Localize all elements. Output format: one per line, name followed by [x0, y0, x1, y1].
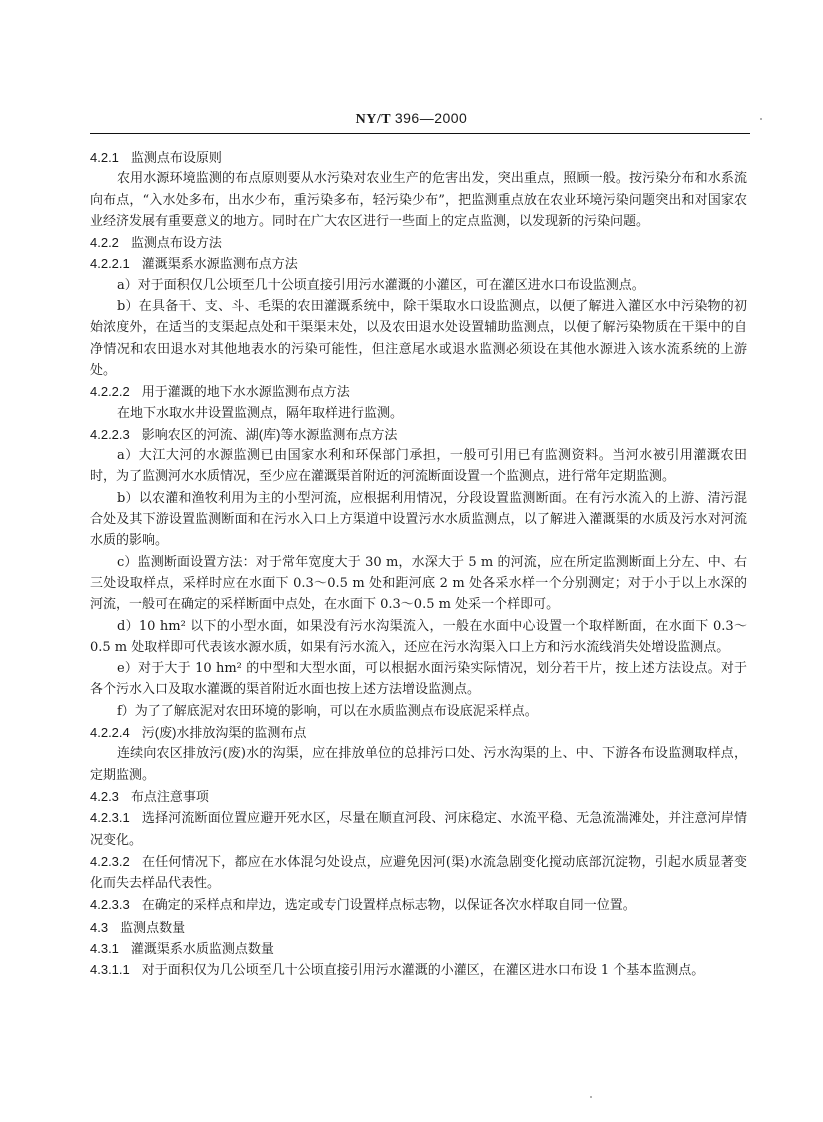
clause: 4.2.3.3在确定的采样点和岸边，选定或专门设置样点标志物，以保证各次水样取自… — [90, 894, 747, 916]
section-heading: 4.2.3布点注意事项 — [90, 786, 747, 807]
paragraph: b）在具备干、支、斗、毛渠的农田灌溉系统中，除干渠取水口设监测点，以便了解进入灌… — [90, 296, 747, 381]
section-heading: 4.2.1监测点布设原则 — [90, 147, 747, 168]
section-heading: 4.3.1灌溉渠系水质监测点数量 — [90, 938, 747, 959]
section-heading: 4.2.2监测点布设方法 — [90, 232, 747, 253]
section-heading: 4.2.2.1灌溉渠系水源监测布点方法 — [90, 253, 747, 274]
document-body: 4.2.1监测点布设原则 农用水源环境监测的布点原则要从水污染对农业生产的危害出… — [90, 147, 747, 982]
section-heading: 4.2.2.3影响农区的河流、湖(库)等水源监测布点方法 — [90, 424, 747, 445]
scan-speck — [760, 118, 762, 120]
clause: 4.2.3.2在任何情况下，都应在水体混匀处设点，应避免因河(渠)水流急剧变化搅… — [90, 851, 747, 895]
header-rule — [90, 133, 750, 134]
paragraph: f）为了了解底泥对农田环境的影响，可以在水质监测点布设底泥采样点。 — [90, 701, 747, 722]
paragraph: a）大江大河的水源监测已由国家水利和环保部门承担，一般可引用已有监测资料。当河水… — [90, 445, 747, 488]
clause: 4.2.3.1选择河流断面位置应避开死水区，尽量在顺直河段、河床稳定、水流平稳、… — [90, 807, 747, 851]
page-header: NY/T 396—2000 — [0, 110, 823, 128]
section-heading: 4.3监测点数量 — [90, 917, 747, 938]
clause: 4.3.1.1对于面积仅为几公顷至几十公顷直接引用污水灌溉的小灌区，在灌区进水口… — [90, 959, 747, 981]
paragraph: 连续向农区排放污(废)水的沟渠，应在排放单位的总排污口处、污水沟渠的上、中、下游… — [90, 743, 747, 786]
section-heading: 4.2.2.2用于灌溉的地下水水源监测布点方法 — [90, 381, 747, 402]
paragraph: 在地下水取水井设置监测点，隔年取样进行监测。 — [90, 403, 747, 424]
paragraph: e）对于大于 10 hm² 的中型和大型水面，可以根据水面污染实际情况，划分若干… — [90, 658, 747, 701]
paragraph: 农用水源环境监测的布点原则要从水污染对农业生产的危害出发，突出重点，照顾一般。按… — [90, 168, 747, 232]
standard-number: 396—2000 — [395, 110, 468, 126]
paragraph: c）监测断面设置方法：对于常年宽度大于 30 m，水深大于 5 m 的河流，应在… — [90, 552, 747, 616]
paragraph: b）以农灌和渔牧利用为主的小型河流，应根据利用情况，分段设置监测断面。在有污水流… — [90, 488, 747, 552]
paragraph: a）对于面积仅几公顷至几十公顷直接引用污水灌溉的小灌区，可在灌区进水口布设监测点… — [90, 275, 747, 296]
paragraph: d）10 hm² 以下的小型水面，如果没有污水沟渠流入，一般在水面中心设置一个取… — [90, 616, 747, 659]
scan-speck — [590, 1096, 592, 1098]
section-heading: 4.2.2.4污(废)水排放沟渠的监测布点 — [90, 722, 747, 743]
standard-code: NY/T — [356, 112, 391, 127]
